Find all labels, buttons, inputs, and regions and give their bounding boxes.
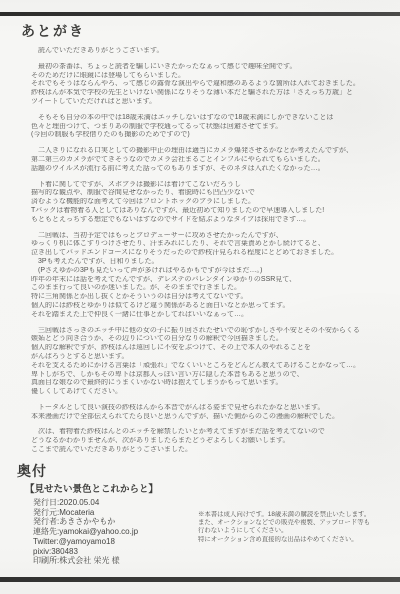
text-line: (Pさえゆかの3Pも見たいって声が多ければやるかもですが今はまだ…。) xyxy=(31,267,396,276)
text-line: (今回の制服も学校借りたのも撮影のためですので) xyxy=(31,131,396,140)
text-line: ゆっくり机に体こすりつけさせたり、汗まみれにしたり、それで言葉責めとかし続けてる… xyxy=(31,240,396,249)
scanned-afterword-page: あとがき 読んでいただきありがとうございます。 最初の茶番は、ちょっと読者を騙し… xyxy=(0,0,400,594)
text-line: 二回戦は、当初予定ではもっとプロデューサーに攻めさせたかったんですが、 xyxy=(31,232,396,241)
text-line: 本来漫画だけで全部伝えられてたら良いと思うんですが、描いた側からのこの漫画の解釈… xyxy=(31,413,396,422)
colophon-entry: 発行日:2020.05.04 xyxy=(33,498,138,508)
text-line: そのためだけに眼鏡には登場してもらいました。 xyxy=(31,72,396,81)
text-line: 済むような機能的な面考えて今回はフロントホックのブラにしました。 xyxy=(31,198,396,207)
text-line: どうなるかわかりませんが、次がありましたらまたどうぞよろしくお願いします。 xyxy=(31,437,396,446)
paragraph-lines: 二回戦は、当初予定ではもっとプロデューサーに攻めさせたかったんですが、ゆっくり机… xyxy=(31,232,396,320)
text-line: 個人的には紗枝とゆかりは似てるけど違う関係があると面白いなとか思ってます。 xyxy=(31,302,396,311)
text-line: それでもそうはならんやろ、って感じの露骨な演出やらで違和感のあるような箇所は入れ… xyxy=(31,80,396,89)
notice-line: ※本書は成人向けです。18歳未満の購読を禁止いたします。 xyxy=(198,511,398,519)
paragraph-lines: トータルとして良い演技の紗枝はんから本音でがんばる姿まで見せられたかなと思います… xyxy=(31,404,396,422)
text-line: 紗枝はんが本気で学校の先生といけない関係になりそうな薄い本だと騙された方は「さえ… xyxy=(31,89,396,98)
text-line: Tバックは着物着る人としてはありなんですが、最近初めて知りましたので早速導入しま… xyxy=(31,207,396,216)
paragraph: そもそも自分の本の中では18歳未満はエッチしないはずなので18歳未満にしかできな… xyxy=(31,114,396,140)
entry-value: Mocateria xyxy=(59,508,94,517)
paragraph-lines: そもそも自分の本の中では18歳未満はエッチしないはずなので18歳未満にしかできな… xyxy=(31,114,396,140)
text-line: トータルとして良い演技の紗枝はんから本音でがんばる姿まで見せられたかなと思います… xyxy=(31,404,396,413)
text-line: 話題のウイルスが流行る前に考えた話ってのもありますが、そのネタは入れたくなかった… xyxy=(31,165,396,174)
colophon-entry: Twitter:@yamoyamo18 xyxy=(33,537,138,547)
paragraph: 二回戦は、当初予定ではもっとプロデューサーに攻めさせたかったんですが、ゆっくり机… xyxy=(31,232,396,320)
paragraph: 次は、着物着た紗枝はんとのエッチを解禁したいとか考えてますがまだ話を考えてないの… xyxy=(31,428,396,454)
paragraph-lines: 下着に関してですが、スポブラは撮影には着けてこないだろうし描写的な観点や、制服で… xyxy=(31,181,396,225)
notice-line: また、オークションなどでの販売や複製、アップロード等も xyxy=(198,519,398,527)
text-line: 泣き出してバッドエンドコースになりそうだったので紗枝汗見られる程度にとどめておき… xyxy=(31,249,396,258)
text-line: 3Pも考えたんですが、日和りました。 xyxy=(31,258,396,267)
colophon-entry: pixiv:380483 xyxy=(33,547,138,557)
colophon-heading: 奥付 xyxy=(17,461,47,481)
paragraph: 最初の茶番は、ちょっと読者を騙しにいきたかったなぁって感じで趣味全開です。そのた… xyxy=(31,63,396,107)
text-line: それを支えるためにかける言葉は「頑張れ」でなくいいところをどんどん教えてあげるこ… xyxy=(31,362,396,371)
text-line: ここまで読んでいただきありがとうございました。 xyxy=(31,446,396,455)
text-line: 卑下しがちで、しかもその卑下は京都人っぽい言い方に隠した本音もあると思うので、 xyxy=(31,371,396,380)
colophon-entry: 発行元:Mocateria xyxy=(33,508,138,518)
afterword-heading: あとがき xyxy=(21,21,85,41)
book-title: 【見せたい景色とこれからと】 xyxy=(25,481,158,495)
paragraph-lines: 最初の茶番は、ちょっと読者を騙しにいきたかったなぁって感じで趣味全開です。そのた… xyxy=(31,63,396,107)
entry-label: 発行日: xyxy=(33,498,59,507)
entry-label: 発行者: xyxy=(33,517,59,526)
paragraph: 二人きりになれる口実としての撮影中止の理由は適当にカメラ爆発させるかなとか考えた… xyxy=(31,147,396,173)
entry-value: あきさかやもか xyxy=(59,517,115,526)
entry-label: 印刷所: xyxy=(33,556,59,565)
entry-value: @yamoyamo18 xyxy=(59,537,115,546)
text-line: それを踏まえた上で仲良く一緒に仕事とかしてればいいなぁって…。 xyxy=(31,311,396,320)
bottom-divider xyxy=(0,577,400,582)
text-line: 真面目な娘なので最終的にうまくいかない時は抱えてしまうかもって思います。 xyxy=(31,379,396,388)
text-line: ツイートしていただければと思います。 xyxy=(31,98,396,107)
top-divider xyxy=(0,12,400,16)
paragraph: 読んでいただきありがとうございます。 xyxy=(31,47,396,56)
colophon-entry: 発行者:あきさかやもか xyxy=(33,517,138,527)
text-line: 第二第三のカメラがでてきそうなのでカメラ会社まるごとインフルにやられてもらいまし… xyxy=(31,156,396,165)
text-line: 特に三角関係とか出し抜くとかそういうのは自分は考えてないです。 xyxy=(31,293,396,302)
entry-label: 連絡先: xyxy=(33,527,59,536)
paragraph-lines: 次は、着物着た紗枝はんとのエッチを解禁したいとか考えてますがまだ話を考えてないの… xyxy=(31,428,396,454)
text-line: そもそも自分の本の中では18歳未満はエッチしないはずなので18歳未満にしかできな… xyxy=(31,114,396,123)
text-line: 下着に関してですが、スポブラは撮影には着けてこないだろうし xyxy=(31,181,396,190)
text-line: 色々と理由つけて、つまりあの制服で学校通ってるって状態は回避させてます。 xyxy=(31,123,396,132)
afterword-body: 読んでいただきありがとうございます。 最初の茶番は、ちょっと読者を騙しにいきたか… xyxy=(31,47,396,462)
text-line: 嫉妬とどう向き合うか、その辺りについての自分なりの解釈で今回描きました。 xyxy=(31,335,396,344)
text-line: 優しくしてあげてください。 xyxy=(31,388,396,397)
text-line: 昨年の年末には話を考えてたんですが、デレステのバレンタインゆかりのSSR見て、 xyxy=(31,276,396,285)
paragraph-lines: 読んでいただきありがとうございます。 xyxy=(31,47,396,56)
colophon-entry: 印刷所:株式会社 栄光 様 xyxy=(33,556,138,566)
text-line: 二人きりになれる口実としての撮影中止の理由は適当にカメラ爆発させるかなとか考えた… xyxy=(31,147,396,156)
colophon-entries: 発行日:2020.05.04発行元:Mocateria発行者:あきさかやもか連絡… xyxy=(33,498,138,566)
age-restriction-notice: ※本書は成人向けです。18歳未満の購読を禁止いたします。また、オークションなどで… xyxy=(198,511,398,544)
entry-value: yamokai@yahoo.co.jp xyxy=(59,527,138,536)
entry-label: Twitter: xyxy=(33,537,59,546)
text-line: もともとえっちする想定でもないはずなのでサイドを結ぶようなタイプは採用できず…。 xyxy=(31,216,396,225)
notice-line: 行わないようにしてください。 xyxy=(198,527,398,535)
text-line: 個人的な解釈ですが、紗枝はんは遠回しに不安をぶつけて、その上で本人のやれることを xyxy=(31,344,396,353)
text-line: 描写的な観点や、制服で谷間見せなかったり、着脱時にも凹凸少ないで xyxy=(31,189,396,198)
paragraph: 下着に関してですが、スポブラは撮影には着けてこないだろうし描写的な観点や、制服で… xyxy=(31,181,396,225)
entry-value: 380483 xyxy=(51,547,78,556)
text-line: 次は、着物着た紗枝はんとのエッチを解禁したいとか考えてますがまだ話を考えてないの… xyxy=(31,428,396,437)
entry-value: 株式会社 栄光 様 xyxy=(59,556,119,565)
entry-label: 発行元: xyxy=(33,508,59,517)
notice-line: 特にオークション含め直接的な出品はやめてください。 xyxy=(198,536,398,544)
text-line: 三回戦はさっきのエッチ中に他の女の子に振り回されたせいでの恥ずかしさや不安とその… xyxy=(31,327,396,336)
paragraph: 三回戦はさっきのエッチ中に他の女の子に振り回されたせいでの恥ずかしさや不安とその… xyxy=(31,327,396,397)
text-line: 最初の茶番は、ちょっと読者を騙しにいきたかったなぁって感じで趣味全開です。 xyxy=(31,63,396,72)
paragraph-lines: 二人きりになれる口実としての撮影中止の理由は適当にカメラ爆発させるかなとか考えた… xyxy=(31,147,396,173)
paragraph: トータルとして良い演技の紗枝はんから本音でがんばる姿まで見せられたかなと思います… xyxy=(31,404,396,422)
paragraph-lines: 三回戦はさっきのエッチ中に他の女の子に振り回されたせいでの恥ずかしさや不安とその… xyxy=(31,327,396,397)
entry-value: 2020.05.04 xyxy=(59,498,99,507)
colophon-entry: 連絡先:yamokai@yahoo.co.jp xyxy=(33,527,138,537)
text-line: 読んでいただきありがとうございます。 xyxy=(31,47,396,56)
text-line: このまま行って良いのか迷いました。が、そのままで行きました。 xyxy=(31,284,396,293)
entry-label: pixiv: xyxy=(33,547,51,556)
text-line: がんばろうとすると思います。 xyxy=(31,353,396,362)
